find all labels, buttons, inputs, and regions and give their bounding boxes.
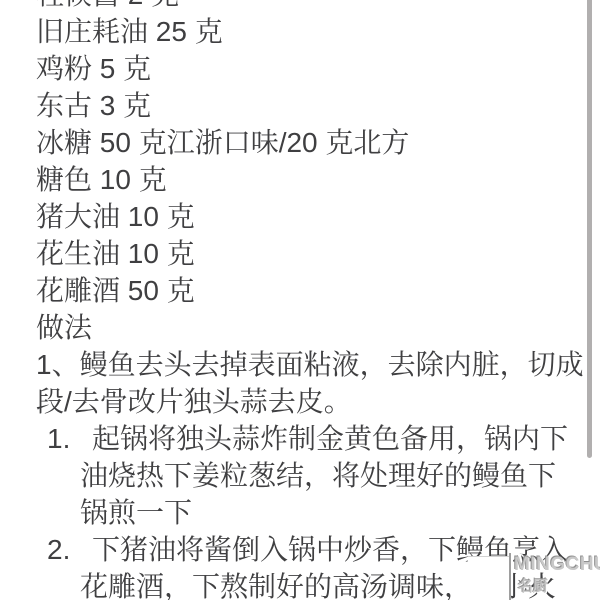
- intro-step-paragraph: 1、鳗鱼去头去掉表面粘液，去除内脏，切成 段/去骨改片独头蒜去皮。: [36, 346, 588, 420]
- watermark-brand-cn: 名厨: [518, 575, 548, 596]
- ingredient-line: 柱候酱 2 克: [36, 0, 588, 13]
- step-number: 1.: [47, 420, 80, 531]
- step-line: 段/去骨改片独头蒜去皮。: [36, 383, 588, 420]
- step-line: 1、鳗鱼去头去掉表面粘液，去除内脏，切成: [36, 346, 588, 383]
- step-number: 2.: [47, 531, 80, 600]
- step-body: 起锅将独头蒜炸制金黄色备用，锅内下 油烧热下姜粒葱结，将处理好的鳗鱼下 锅煎一下: [80, 420, 568, 531]
- ingredient-line: 花生油 10 克: [36, 235, 588, 272]
- numbered-step-1: 1. 起锅将独头蒜炸制金黄色备用，锅内下 油烧热下姜粒葱结，将处理好的鳗鱼下 锅…: [47, 420, 588, 531]
- mingchu-watermark: MINGCHU 名厨: [460, 550, 600, 600]
- ingredient-line: 猪大油 10 克: [36, 198, 588, 235]
- section-header: 做法: [36, 309, 588, 346]
- watermark-divider: [509, 553, 511, 600]
- watermark-brand: MINGCHU: [514, 554, 600, 576]
- watermark-box: [468, 556, 509, 600]
- ingredient-line: 糖色 10 克: [36, 161, 588, 198]
- recipe-text: 柱候酱 2 克 旧庄耗油 25 克 鸡粉 5 克 东古 3 克 冰糖 50 克江…: [36, 0, 588, 600]
- ingredient-line: 旧庄耗油 25 克: [36, 13, 588, 50]
- ingredient-line: 东古 3 克: [36, 87, 588, 124]
- ingredient-line: 冰糖 50 克江浙口味/20 克北方: [36, 124, 588, 161]
- note-screen: 柱候酱 2 克 旧庄耗油 25 克 鸡粉 5 克 东古 3 克 冰糖 50 克江…: [0, 0, 600, 600]
- ingredient-line: 鸡粉 5 克: [36, 50, 588, 87]
- ingredient-line: 花雕酒 50 克: [36, 272, 588, 309]
- scrollbar-thumb[interactable]: [587, 0, 592, 458]
- step-line: 起锅将独头蒜炸制金黄色备用，锅内下: [80, 420, 568, 457]
- step-line: 锅煎一下: [80, 494, 568, 531]
- step-line: 油烧热下姜粒葱结，将处理好的鳗鱼下: [80, 457, 568, 494]
